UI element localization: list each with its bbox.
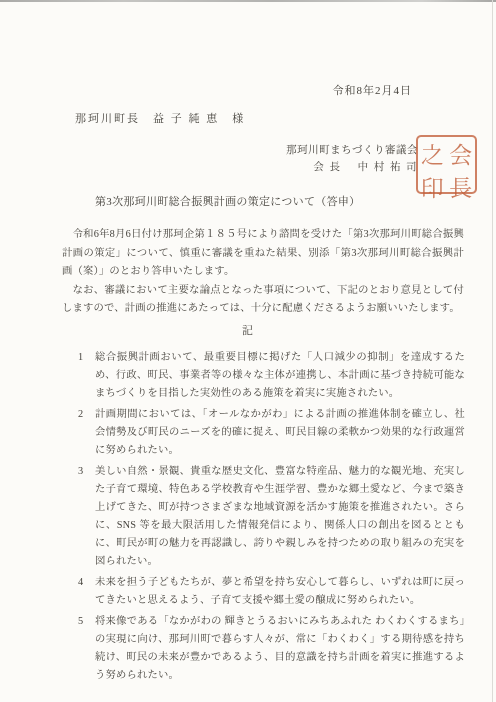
- paragraph-2: なお、審議において主要な論点となった事項について、下記のとおり意見として付します…: [62, 282, 464, 319]
- item-text: 計画期間においては、「オールなかがわ」による計画の推進体制を確立し、社会情勢及び…: [95, 406, 465, 460]
- document-page: 令和8年2月4日 那珂川町長 益 子 純 恵 様 那珂川町まちづくり審議会 会 …: [0, 0, 496, 702]
- scan-artifact-top-edge: [0, 0, 496, 2]
- seal-char-top-left: 之: [418, 137, 447, 170]
- scan-artifact-right-edge: [492, 0, 493, 702]
- seal-char-top-right: 会: [447, 137, 476, 170]
- ki-marker: 記: [0, 322, 496, 341]
- opinion-items-list: 1 総合振興計画おいて、最重要目標に掲げた「人口減少の抑制」を達成するため、行政…: [78, 349, 465, 685]
- item-text: 美しい自然・景観、貴重な歴史文化、豊富な特産品、魅力的な観光地、充実した子育て環…: [95, 463, 465, 571]
- item-text: 将来像である「なかがわの 輝きとうるおいにみちあふれた わくわくするまち」の実現…: [95, 613, 465, 685]
- seal-char-bottom-right: 長: [447, 170, 476, 203]
- item-text: 未来を担う子どもたちが、夢と希望を持ち安心して暮らし、いずれは町に戻ってきたいと…: [95, 574, 465, 610]
- item-number: 2: [78, 406, 95, 460]
- sender-name: 会 長 中 村 祐 司: [0, 161, 418, 175]
- opinion-item-2: 2 計画期間においては、「オールなかがわ」による計画の推進体制を確立し、社会情勢…: [78, 406, 465, 460]
- sender-organization: 那珂川町まちづくり審議会: [0, 144, 418, 158]
- seal-char-bottom-left: 印: [418, 170, 447, 203]
- body-paragraphs: 令和6年8月6日付け那珂企第１８５号により諮問を受けた「第3次那珂川町総合振興計…: [62, 226, 464, 319]
- item-number: 1: [78, 349, 95, 403]
- item-number: 3: [78, 463, 95, 571]
- opinion-item-5: 5 将来像である「なかがわの 輝きとうるおいにみちあふれた わくわくするまち」の…: [78, 613, 465, 685]
- item-text: 総合振興計画おいて、最重要目標に掲げた「人口減少の抑制」を達成するため、行政、町…: [95, 349, 465, 403]
- opinion-item-3: 3 美しい自然・景観、貴重な歴史文化、豊富な特産品、魅力的な観光地、充実した子育…: [78, 463, 465, 571]
- addressee: 那珂川町長 益 子 純 恵 様: [75, 112, 496, 127]
- opinion-item-4: 4 未来を担う子どもたちが、夢と希望を持ち安心して暮らし、いずれは町に戻ってきた…: [78, 574, 465, 610]
- opinion-item-1: 1 総合振興計画おいて、最重要目標に掲げた「人口減少の抑制」を達成するため、行政…: [78, 349, 465, 403]
- paragraph-1: 令和6年8月6日付け那珂企第１８５号により諮問を受けた「第3次那珂川町総合振興計…: [62, 226, 464, 282]
- item-number: 5: [78, 613, 95, 685]
- item-number: 4: [78, 574, 95, 610]
- chairman-seal-stamp: 之 会 印 長: [416, 135, 477, 194]
- document-date: 令和8年2月4日: [0, 84, 412, 99]
- sender-block: 那珂川町まちづくり審議会 会 長 中 村 祐 司 之 会 印 長: [0, 144, 496, 175]
